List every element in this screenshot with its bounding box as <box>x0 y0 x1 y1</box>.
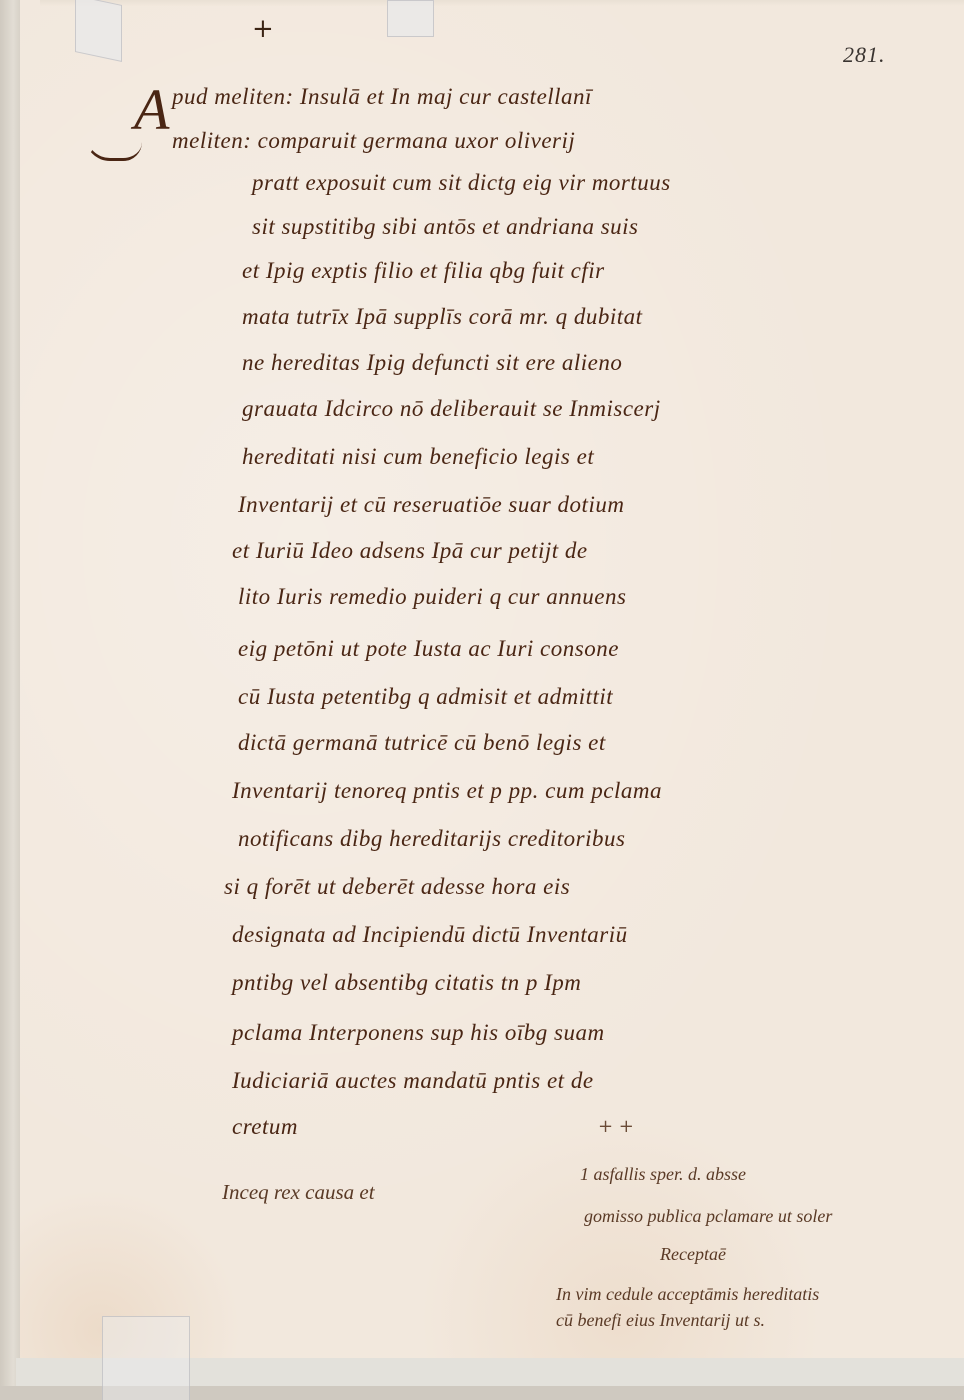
manuscript-page <box>20 0 964 1361</box>
text-line: lito Iuris remedio puideri q cur annuens <box>238 584 626 610</box>
marginal-note-left: Inceq rex causa et <box>222 1180 375 1205</box>
note-line: Receptaē <box>660 1244 726 1265</box>
note-line: 1 asfallis sper. d. absse <box>580 1164 746 1185</box>
text-line: cretum <box>232 1114 298 1140</box>
binding-edge <box>0 0 22 1400</box>
text-line: ne hereditas Ipig defuncti sit ere alien… <box>242 350 622 376</box>
note-line: In vim cedule acceptāmis hereditatis <box>556 1284 819 1305</box>
text-line: hereditati nisi cum beneficio legis et <box>242 444 594 470</box>
text-line: Inventarij et cū reseruatiōe suar dotium <box>238 492 624 518</box>
text-line: sit supstitibg sibi antōs et andriana su… <box>252 214 639 240</box>
text-line: dictā germanā tutricē cū benō legis et <box>238 730 606 756</box>
text-line: notificans dibg hereditarijs creditoribu… <box>238 826 625 852</box>
header-cross-icon: + <box>252 14 274 44</box>
cross-marks: + + <box>598 1116 634 1137</box>
note-line: gomisso publica pclamare ut soler <box>584 1206 832 1227</box>
text-line: mata tutrīx Ipā supplīs corā mr. q dubit… <box>242 304 643 330</box>
text-line: designata ad Incipiendū dictū Inventariū <box>232 922 628 948</box>
text-line: pratt exposuit cum sit dictg eig vir mor… <box>252 170 671 196</box>
text-line: meliten: comparuit germana uxor oliverij <box>172 128 575 154</box>
folio-number: 281. <box>843 42 886 68</box>
text-line: Iudiciariā auctes mandatū pntis et de <box>232 1068 594 1094</box>
text-line: pud meliten: Insulā et In maj cur castel… <box>172 84 592 110</box>
text-line: eig petōni ut pote Iusta ac Iuri consone <box>238 636 619 662</box>
text-line: grauata Idcirco nō deliberauit se Inmisc… <box>242 396 661 422</box>
text-line: pntibg vel absentibg citatis tn p Ipm <box>232 970 581 996</box>
text-line: cū Iusta petentibg q admisit et admittit <box>238 684 613 710</box>
text-line: si q forēt ut deberēt adesse hora eis <box>224 874 570 900</box>
note-line: cū benefi eius Inventarij ut s. <box>556 1310 765 1331</box>
text-line: pclama Interponens sup his oībg suam <box>232 1020 605 1046</box>
top-edge <box>40 0 964 6</box>
text-line: Inventarij tenoreq pntis et p pp. cum pc… <box>232 778 662 804</box>
text-line: et Iuriū Ideo adsens Ipā cur petijt de <box>232 538 588 564</box>
text-line: et Ipig exptis filio et filia qbg fuit c… <box>242 258 605 284</box>
tape-piece <box>75 0 122 62</box>
decorated-initial: A <box>134 76 169 143</box>
tape-piece <box>387 0 434 37</box>
tape-piece <box>102 1316 190 1400</box>
